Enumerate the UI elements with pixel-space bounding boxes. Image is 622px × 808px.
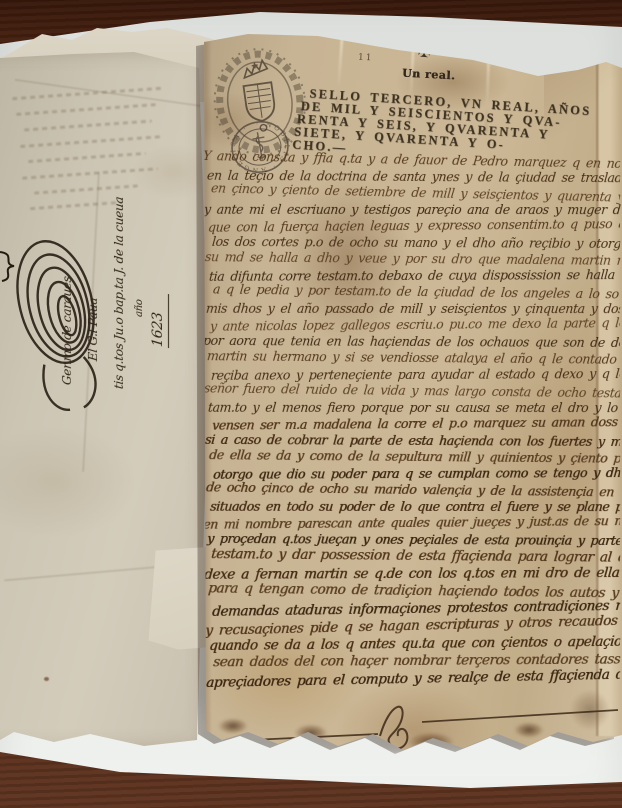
- bleed-through-line: [28, 152, 146, 163]
- paper-crease: [4, 565, 174, 582]
- manuscript-line: vensen ser m.a madalena la corre el p.o …: [211, 414, 620, 434]
- manuscript-line: y ante mi el escriuano y testigos pareçi…: [203, 201, 620, 218]
- signature-line: tis q.tos Ju.o bap.ta J. de la cueua: [106, 174, 132, 391]
- margin-squiggle-icon: [0, 248, 22, 284]
- photo-of-manuscripts: Ger.mo de carauesEl G.l Pauatis q.tos Ju…: [0, 0, 622, 808]
- manuscript-line: de ocho çinco de ocho su marido valençia…: [205, 479, 621, 501]
- manuscript-body: Y ando cons.ta y ffia q.ta y a de fauor …: [208, 152, 620, 688]
- manuscript-line: su md se halla a dho y veue y por su dro…: [204, 249, 621, 269]
- signature-line: Ger.mo de caraues: [54, 174, 80, 387]
- signature-line: 1623: [148, 292, 169, 348]
- manuscript-line: mis dhos y el año passado de mill y seis…: [205, 300, 620, 317]
- manuscript-line: tam.to y el menos fiero porque por su ca…: [207, 399, 620, 416]
- manuscript-line: situados en todo su poder de lo que cont…: [209, 498, 620, 515]
- burnt-edge-spot: [514, 722, 544, 738]
- burnt-edge-spot: [218, 718, 248, 734]
- paper-crease: [15, 79, 203, 107]
- right-page: · NOBILIS · ANGELICA · 11 ✠ Un real. SEL…: [198, 30, 622, 754]
- manuscript-line: de ella se da y como de la sepultura mil…: [208, 447, 621, 467]
- fee-label: Un real.: [402, 67, 456, 83]
- bleed-through-line: [20, 135, 164, 148]
- ink-speck: [44, 677, 49, 681]
- folio-number: 11: [358, 53, 374, 64]
- burnt-edge-spot: [570, 690, 610, 730]
- signature-line: año: [132, 174, 148, 318]
- bleed-through-line: [16, 103, 156, 116]
- bleed-through-line: [24, 120, 152, 132]
- manuscript-line: martin su hermano y si se vendiosse atal…: [206, 348, 621, 368]
- signature-block: Ger.mo de carauesEl G.l Pauatis q.tos Ju…: [54, 175, 206, 387]
- manuscript-line: testam.to y dar possession de esta ffaçi…: [210, 546, 621, 567]
- manuscript-line: a q le pedia y por testam.to de la çiuda…: [212, 282, 621, 303]
- signature-line: El G.l Paua: [80, 174, 106, 363]
- manuscript-line: señor fuero del ruido de la vida y mas l…: [203, 380, 621, 402]
